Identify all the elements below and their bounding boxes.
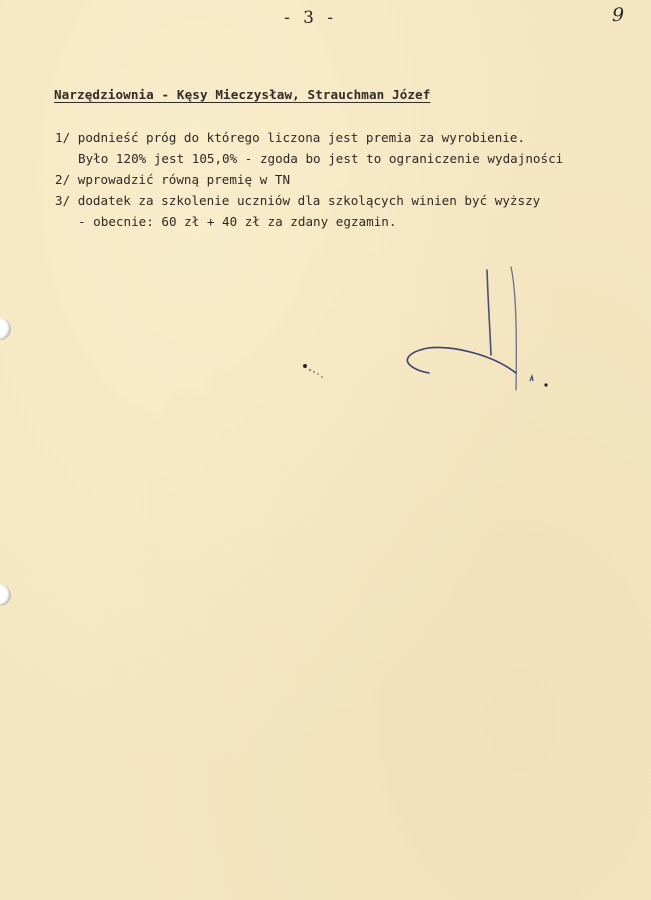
handwritten-sheet-number: 9 bbox=[612, 4, 624, 26]
item-3-line-1: 3/ dodatek za szkolenie uczniów dla szko… bbox=[55, 193, 540, 208]
item-3-line-2: - obecnie: 60 zł + 40 zł za zdany egzami… bbox=[78, 214, 396, 229]
section-heading: Narzędziownia - Kęsy Mieczysław, Strauch… bbox=[54, 87, 430, 102]
item-1-line-1: 1/ podnieść próg do którego liczona jest… bbox=[55, 130, 525, 145]
ink-speck-icon bbox=[300, 362, 330, 382]
punch-hole bbox=[0, 584, 11, 606]
document-page: - 3 - 9 Narzędziownia - Kęsy Mieczysław,… bbox=[0, 0, 651, 900]
punch-hole bbox=[0, 318, 11, 340]
item-1-line-2: Było 120% jest 105,0% - zgoda bo jest to… bbox=[78, 151, 563, 166]
page-number: - 3 - bbox=[284, 8, 337, 28]
signature-icon bbox=[398, 260, 558, 400]
item-2: 2/ wprowadzić równą premię w TN bbox=[55, 172, 290, 187]
